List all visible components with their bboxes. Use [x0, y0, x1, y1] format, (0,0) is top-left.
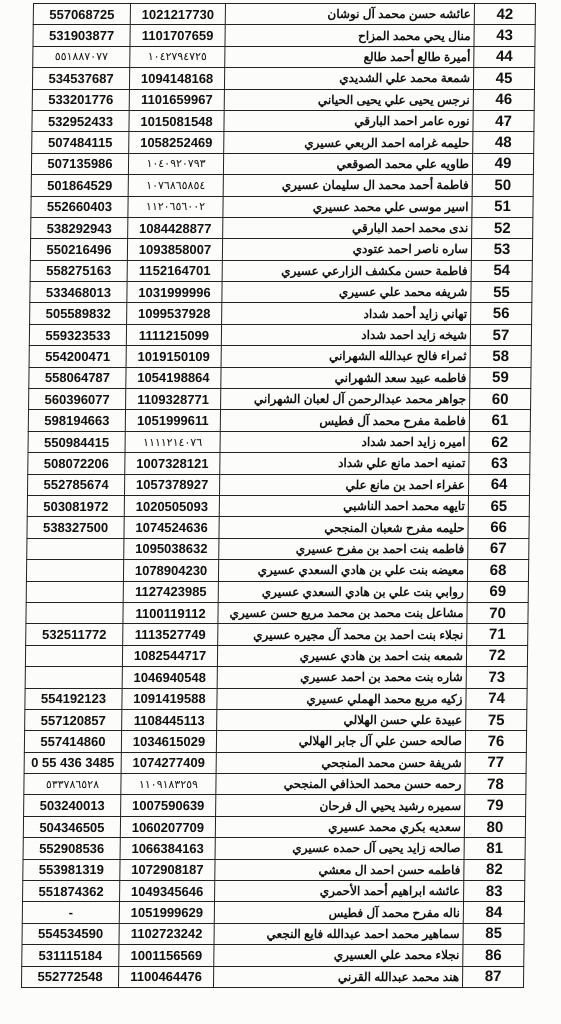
- table-row: 5325117721113527749نجلاء بنت احمد بن محم…: [26, 624, 528, 645]
- phone-cell: 501864529: [31, 175, 128, 196]
- table-row: 5539813191072908187فاطمه حسن احمد ال معش…: [23, 859, 525, 880]
- name-cell: ندى محمد احمد البارقي: [223, 217, 472, 238]
- national-id-cell: 1078904230: [123, 560, 218, 581]
- name-cell: شريفه محمد علي عسيري: [222, 282, 471, 303]
- national-id-cell: 1093858007: [127, 239, 222, 260]
- row-number-cell: 47: [473, 110, 534, 131]
- row-number-cell: 63: [469, 453, 530, 474]
- name-cell: سعديه بكري محمد عسيري: [215, 816, 464, 837]
- table-row: 1127423985روابي بنت علي بن هادي السعدي ع…: [26, 581, 528, 602]
- row-number-cell: 44: [474, 46, 535, 67]
- national-id-cell: 1034615029: [121, 731, 216, 752]
- row-number-cell: 56: [471, 303, 532, 324]
- row-number-cell: 69: [467, 581, 528, 602]
- table-row: 5574148601034615029صالحه حسن علي آل جابر…: [24, 731, 526, 752]
- phone-cell: [25, 645, 122, 666]
- phone-cell: 557068725: [33, 4, 130, 25]
- row-number-cell: 80: [464, 816, 525, 837]
- name-cell: معيضه بنت علي بن هادي السعدي عسيري: [218, 560, 467, 581]
- table-row: ٥٥١٨٨٧٠٧٧١٠٤٢٧٩٤٧٢٥أميرة طالع أحمد طالع4…: [33, 46, 535, 67]
- row-number-cell: 77: [465, 752, 526, 773]
- national-id-cell: 1072908187: [120, 859, 215, 880]
- national-id-cell: 1111215099: [126, 324, 221, 345]
- table-row: 5319038771101707659منال يحي محمد المزاح4…: [33, 25, 535, 46]
- name-cell: اميره زايد احمد شداد: [220, 431, 469, 452]
- row-number-cell: 75: [466, 709, 527, 730]
- national-id-cell: ١١٠٩١٨٣٢٥٩: [121, 774, 216, 795]
- national-id-cell: 1082544717: [122, 645, 217, 666]
- phone-cell: 557414860: [24, 731, 121, 752]
- row-number-cell: 59: [470, 367, 531, 388]
- row-number-cell: 51: [472, 196, 533, 217]
- phone-cell: 532952433: [32, 110, 129, 131]
- name-cell: فاطمة مفرح محمد آل فطيس: [220, 410, 469, 431]
- phone-cell: 552908536: [23, 838, 120, 859]
- table-row: 5502164961093858007ساره ناصر احمد عتودي5…: [30, 239, 532, 260]
- national-id-cell: 1049345646: [120, 881, 215, 902]
- name-cell: فاطمة حسن مكشف الزارعي عسيري: [222, 260, 471, 281]
- name-cell: سميره رشيد يحيي ال فرحان: [216, 795, 465, 816]
- name-cell: فاطمة أحمد محمد ال سليمان عسيري: [223, 175, 472, 196]
- name-cell: نجلاء محمد علي العسيري: [214, 945, 463, 966]
- name-cell: شمعة محمد علي الشديدي: [224, 68, 473, 89]
- national-id-cell: ١١٢٠٦٥٦٠٠٢: [128, 196, 223, 217]
- row-number-cell: 43: [474, 25, 535, 46]
- national-id-cell: 1007590639: [121, 795, 216, 816]
- national-id-cell: ١٠٧٦٨٦٥٨٥٤: [128, 175, 223, 196]
- table-row: 5329524331015081548نوره عامر احمد البارق…: [32, 110, 534, 131]
- row-number-cell: 55: [471, 282, 532, 303]
- table-row: 5570687251021217730عائشه حسن محمد آل نوش…: [33, 4, 535, 25]
- national-id-cell: 1021217730: [130, 4, 225, 25]
- phone-cell: [26, 560, 123, 581]
- phone-cell: 503240013: [24, 795, 121, 816]
- national-id-cell: 1113527749: [123, 624, 218, 645]
- national-id-cell: 1066384163: [120, 838, 215, 859]
- national-id-cell: 1094148168: [129, 68, 224, 89]
- phone-cell: [26, 602, 123, 623]
- national-id-cell: ١٠٤٢٧٩٤٧٢٥: [130, 46, 225, 67]
- row-number-cell: 52: [472, 217, 533, 238]
- table-row: 5545345901102723242سماهير محمد احمد عبدا…: [22, 923, 524, 944]
- table-row: 5529085361066384163صالحه زايد يحيى آل حم…: [23, 838, 525, 859]
- national-id-cell: 1102723242: [119, 923, 214, 944]
- phone-cell: 503081972: [27, 495, 124, 516]
- national-id-cell: 1051999611: [125, 410, 220, 431]
- national-id-cell: 1101659967: [129, 89, 224, 110]
- phone-cell: 531903877: [33, 25, 130, 46]
- table-row: 5332017761101659967نرجس يحيى علي يحيى ال…: [32, 89, 534, 110]
- name-cell: تمنيه احمد مانع علي شداد: [220, 453, 469, 474]
- row-number-cell: 87: [462, 966, 523, 987]
- row-number-cell: 74: [466, 688, 527, 709]
- national-id-cell: 1019150109: [126, 346, 221, 367]
- name-cell: حليمه غرامه احمد الربعي عسيري: [224, 132, 473, 153]
- roster-body: 5570687251021217730عائشه حسن محمد آل نوش…: [21, 4, 535, 988]
- row-number-cell: 54: [471, 260, 532, 281]
- name-cell: تهاني زايد أحمد شداد: [222, 303, 471, 324]
- national-id-cell: 1074277409: [121, 752, 216, 773]
- table-row: -1051999629ناله مفرح محمد آل فطيس84: [22, 902, 524, 923]
- table-row: 5527856741057378927عفراء احمد بن مانع عل…: [27, 474, 529, 495]
- phone-cell: 533468013: [30, 282, 127, 303]
- national-id-cell: 1095038632: [124, 538, 219, 559]
- row-number-cell: 70: [467, 602, 528, 623]
- national-id-cell: 1054198864: [126, 367, 221, 388]
- row-number-cell: 46: [473, 89, 534, 110]
- national-id-cell: 1099537928: [127, 303, 222, 324]
- table-row: 5032400131007590639سميره رشيد يحيي ال فر…: [24, 795, 526, 816]
- national-id-cell: 1109328771: [126, 389, 221, 410]
- row-number-cell: 79: [465, 795, 526, 816]
- row-number-cell: 42: [474, 4, 535, 25]
- phone-cell: 531115184: [22, 945, 119, 966]
- phone-cell: 550216496: [30, 239, 127, 260]
- phone-cell: -: [22, 902, 119, 923]
- phone-cell: 504346505: [23, 816, 120, 837]
- row-number-cell: 67: [468, 538, 529, 559]
- name-cell: شريفة حسن محمد المنجحي: [216, 752, 465, 773]
- table-row: 5030819721020505093تايهه محمد احمد الناش…: [27, 495, 529, 516]
- name-cell: عفراء احمد بن مانع علي: [219, 474, 468, 495]
- table-row: 5527725481100464476هند محمد عبدالله القر…: [21, 966, 523, 987]
- table-row: 5542004711019150109ثمراء فالح عبدالله ال…: [29, 346, 531, 367]
- table-row: 552660403١١٢٠٦٥٦٠٠٢اسير موسى علي محمد عس…: [31, 196, 533, 217]
- phone-cell: 559323533: [29, 324, 126, 345]
- table-row: 1100119112مشاعل بنت محمد بن محمد مريع حس…: [26, 602, 528, 623]
- table-row: 5383275001074524636حليمه مفرح شعبان المن…: [27, 517, 529, 538]
- name-cell: نرجس يحيى علي يحيى الحياني: [224, 89, 473, 110]
- name-cell: عبيدة علي حسن الهلالي: [217, 709, 466, 730]
- table-row: 5055898321099537928تهاني زايد أحمد شداد5…: [30, 303, 532, 324]
- name-cell: مشاعل بنت محمد بن محمد مريع حسن عسيري: [218, 602, 467, 623]
- national-id-cell: 1084428877: [128, 217, 223, 238]
- row-number-cell: 83: [464, 881, 525, 902]
- table-row: 5043465051060207709سعديه بكري محمد عسيري…: [23, 816, 525, 837]
- table-row: 5334680131031999996شريفه محمد علي عسيري5…: [30, 282, 532, 303]
- phone-cell: 554192123: [25, 688, 122, 709]
- phone-cell: 557120857: [25, 709, 122, 730]
- row-number-cell: 71: [467, 624, 528, 645]
- table-row: 0 55 436 34851074277409شريفة حسن محمد ال…: [24, 752, 526, 773]
- name-cell: شاره بنت محمد بن احمد عسيري: [217, 667, 466, 688]
- phone-cell: 552785674: [27, 474, 124, 495]
- table-row: 5571208571108445113عبيدة علي حسن الهلالي…: [25, 709, 527, 730]
- national-id-cell: 1015081548: [129, 110, 224, 131]
- table-row: 5074841151058252469حليمه غرامه احمد الرب…: [32, 132, 534, 153]
- table-row: 5311151841001156569نجلاء محمد علي العسير…: [22, 945, 524, 966]
- national-id-cell: 1060207709: [120, 816, 215, 837]
- name-cell: نوره عامر احمد البارقي: [224, 110, 473, 131]
- table-row: 5382929431084428877ندى محمد احمد البارقي…: [31, 217, 533, 238]
- name-cell: طاويه علي محمد الصوقعي: [223, 153, 472, 174]
- name-cell: رحمه حسن محمد الحذافي المنجحي: [216, 774, 465, 795]
- phone-cell: ٥٥١٨٨٧٠٧٧: [33, 46, 130, 67]
- national-id-cell: 1020505093: [124, 495, 219, 516]
- phone-cell: 538327500: [27, 517, 124, 538]
- table-row: 5518743621049345646عائشه ابراهيم أحمد ال…: [23, 881, 525, 902]
- phone-cell: 552660403: [31, 196, 128, 217]
- row-number-cell: 60: [470, 389, 531, 410]
- table-row: 501864529١٠٧٦٨٦٥٨٥٤فاطمة أحمد محمد ال سل…: [31, 175, 533, 196]
- phone-cell: 558064787: [29, 367, 126, 388]
- name-cell: سماهير محمد احمد عبدالله فايع النجعي: [214, 923, 463, 944]
- national-id-cell: 1101707659: [130, 25, 225, 46]
- name-cell: صالحه زايد يحيى آل حمده عسيري: [215, 838, 464, 859]
- table-row: 5345376871094148168شمعة محمد علي الشديدي…: [32, 68, 534, 89]
- name-cell: فاطمه بنت احمد بن مفرح عسيري: [219, 538, 468, 559]
- row-number-cell: 58: [470, 346, 531, 367]
- name-cell: صالحه حسن علي آل جابر الهلالي: [216, 731, 465, 752]
- row-number-cell: 61: [469, 410, 530, 431]
- name-cell: ناله مفرح محمد آل فطيس: [214, 902, 463, 923]
- phone-cell: 538292943: [31, 217, 128, 238]
- national-id-cell: 1074524636: [124, 517, 219, 538]
- table-row: 5603960771109328771جواهر محمد عبدالرحمن …: [29, 389, 531, 410]
- phone-cell: 560396077: [29, 389, 126, 410]
- row-number-cell: 64: [468, 474, 529, 495]
- phone-cell: 558275163: [30, 260, 127, 281]
- table-row: 1095038632فاطمه بنت احمد بن مفرح عسيري67: [27, 538, 529, 559]
- phone-cell: 533201776: [32, 89, 129, 110]
- row-number-cell: 49: [472, 153, 533, 174]
- scanned-page: 5570687251021217730عائشه حسن محمد آل نوش…: [0, 0, 561, 1024]
- phone-cell: 552772548: [21, 966, 118, 987]
- row-number-cell: 53: [471, 239, 532, 260]
- national-id-cell: 1091419588: [122, 688, 217, 709]
- row-number-cell: 78: [465, 774, 526, 795]
- table-row: 5593235331111215099شيخه زايد احمد شداد57: [29, 324, 531, 345]
- row-number-cell: 76: [465, 731, 526, 752]
- national-id-cell: 1152164701: [127, 260, 222, 281]
- phone-cell: 554534590: [22, 923, 119, 944]
- name-cell: ساره ناصر احمد عتودي: [222, 239, 471, 260]
- table-row: 5541921231091419588زكيه مريع محمد الهملي…: [25, 688, 527, 709]
- table-row: 5580647871054198864فاطمه عبيد سعد الشهرا…: [29, 367, 531, 388]
- name-cell: شمعه بنت احمد بن هادي عسيري: [217, 645, 466, 666]
- phone-cell: 0 55 436 3485: [24, 752, 121, 773]
- national-id-cell: 1058252469: [129, 132, 224, 153]
- table-row: 5981946631051999611فاطمة مفرح محمد آل فط…: [28, 410, 530, 431]
- name-cell: هند محمد عبدالله القرني: [213, 966, 462, 987]
- phone-cell: 532511772: [26, 624, 123, 645]
- row-number-cell: 65: [468, 495, 529, 516]
- row-number-cell: 62: [469, 431, 530, 452]
- national-id-cell: 1100464476: [118, 966, 213, 987]
- phone-cell: 508072206: [28, 453, 125, 474]
- national-id-cell: 1127423985: [123, 581, 218, 602]
- phone-cell: 553981319: [23, 859, 120, 880]
- name-cell: تايهه محمد احمد الناشبي: [219, 495, 468, 516]
- phone-cell: 598194663: [28, 410, 125, 431]
- name-cell: أميرة طالع أحمد طالع: [225, 46, 474, 67]
- row-number-cell: 48: [473, 132, 534, 153]
- name-cell: شيخه زايد احمد شداد: [221, 324, 470, 345]
- national-id-cell: ١١١١٢١٤٠٧٦: [125, 431, 220, 452]
- national-id-cell: ١٠٤٠٩٢٠٧٩٣: [128, 153, 223, 174]
- phone-cell: 507484115: [32, 132, 129, 153]
- row-number-cell: 81: [464, 838, 525, 859]
- phone-cell: [26, 581, 123, 602]
- row-number-cell: 45: [473, 68, 534, 89]
- table-row: 550984415١١١١٢١٤٠٧٦اميره زايد احمد شداد6…: [28, 431, 530, 452]
- name-cell: عائشه حسن محمد آل نوشان: [225, 4, 474, 25]
- row-number-cell: 85: [463, 923, 524, 944]
- table-row: 5582751631152164701فاطمة حسن مكشف الزارع…: [30, 260, 532, 281]
- name-cell: فاطمه عبيد سعد الشهراني: [221, 367, 470, 388]
- row-number-cell: 73: [466, 667, 527, 688]
- name-cell: زكيه مريع محمد الهملي عسيري: [217, 688, 466, 709]
- name-cell: نجلاء بنت احمد بن محمد آل مجيره عسيري: [218, 624, 467, 645]
- national-id-cell: 1001156569: [119, 945, 214, 966]
- phone-cell: 505589832: [30, 303, 127, 324]
- phone-cell: 554200471: [29, 346, 126, 367]
- row-number-cell: 86: [463, 945, 524, 966]
- row-number-cell: 82: [464, 859, 525, 880]
- name-cell: فاطمه حسن احمد ال معشي: [215, 859, 464, 880]
- national-id-cell: 1108445113: [122, 709, 217, 730]
- row-number-cell: 72: [466, 645, 527, 666]
- row-number-cell: 57: [470, 324, 531, 345]
- name-cell: ثمراء فالح عبدالله الشهراني: [221, 346, 470, 367]
- table-row: 507135986١٠٤٠٩٢٠٧٩٣طاويه علي محمد الصوقع…: [31, 153, 533, 174]
- row-number-cell: 84: [463, 902, 524, 923]
- national-id-cell: 1031999996: [127, 282, 222, 303]
- name-cell: عائشه ابراهيم أحمد الأحمري: [215, 881, 464, 902]
- phone-cell: [27, 538, 124, 559]
- name-cell: منال يحي محمد المزاح: [225, 25, 474, 46]
- table-row: 1082544717شمعه بنت احمد بن هادي عسيري72: [25, 645, 527, 666]
- phone-cell: 550984415: [28, 431, 125, 452]
- phone-cell: 507135986: [31, 153, 128, 174]
- national-id-cell: 1007328121: [125, 453, 220, 474]
- phone-cell: 534537687: [32, 68, 129, 89]
- national-id-cell: 1051999629: [119, 902, 214, 923]
- name-cell: حليمه مفرح شعبان المنجحي: [219, 517, 468, 538]
- row-number-cell: 68: [467, 560, 528, 581]
- phone-cell: 551874362: [23, 881, 120, 902]
- national-id-cell: 1057378927: [124, 474, 219, 495]
- name-cell: روابي بنت علي بن هادي السعدي عسيري: [218, 581, 467, 602]
- row-number-cell: 50: [472, 175, 533, 196]
- name-cell: جواهر محمد عبدالرحمن آل لعبان الشهراني: [221, 389, 470, 410]
- table-row: 1046940548شاره بنت محمد بن احمد عسيري73: [25, 667, 527, 688]
- phone-cell: ٥٣٣٧٨٦٥٢٨: [24, 774, 121, 795]
- phone-cell: [25, 667, 122, 688]
- national-id-cell: 1046940548: [122, 667, 217, 688]
- name-cell: اسير موسى علي محمد عسيري: [223, 196, 472, 217]
- national-id-cell: 1100119112: [123, 602, 218, 623]
- roster-table: 5570687251021217730عائشه حسن محمد آل نوش…: [21, 3, 536, 988]
- table-row: 5080722061007328121تمنيه احمد مانع علي ش…: [28, 453, 530, 474]
- table-row: 1078904230معيضه بنت علي بن هادي السعدي ع…: [26, 560, 528, 581]
- row-number-cell: 66: [468, 517, 529, 538]
- table-row: ٥٣٣٧٨٦٥٢٨١١٠٩١٨٣٢٥٩رحمه حسن محمد الحذافي…: [24, 774, 526, 795]
